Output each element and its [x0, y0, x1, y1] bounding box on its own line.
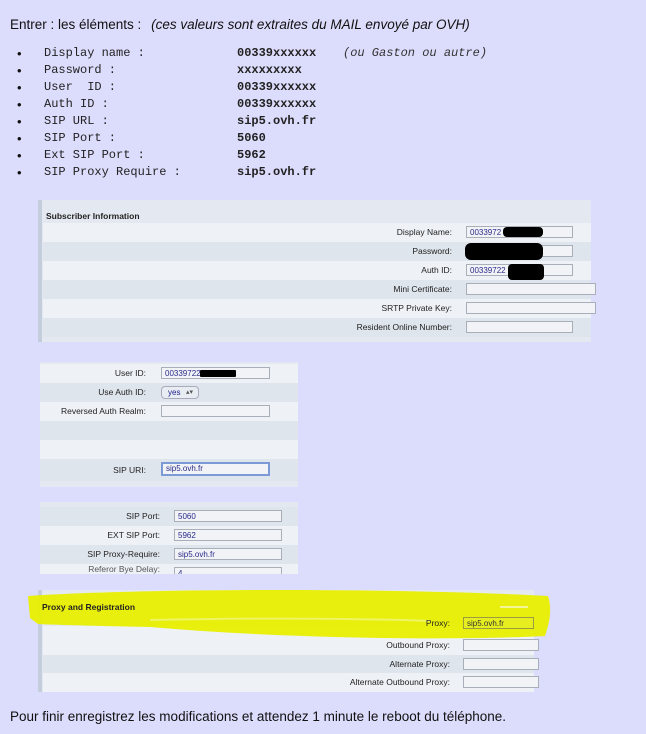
proxy-label: Proxy: [426, 614, 450, 633]
proxy-field[interactable]: sip5.ovh.fr [463, 617, 534, 629]
footer-text: Pour finir enregistrez les modifications… [10, 709, 506, 724]
proxy-registration-title: Proxy and Registration [42, 602, 135, 612]
proxy-field-row: Proxy: sip5.ovh.fr [43, 614, 534, 633]
